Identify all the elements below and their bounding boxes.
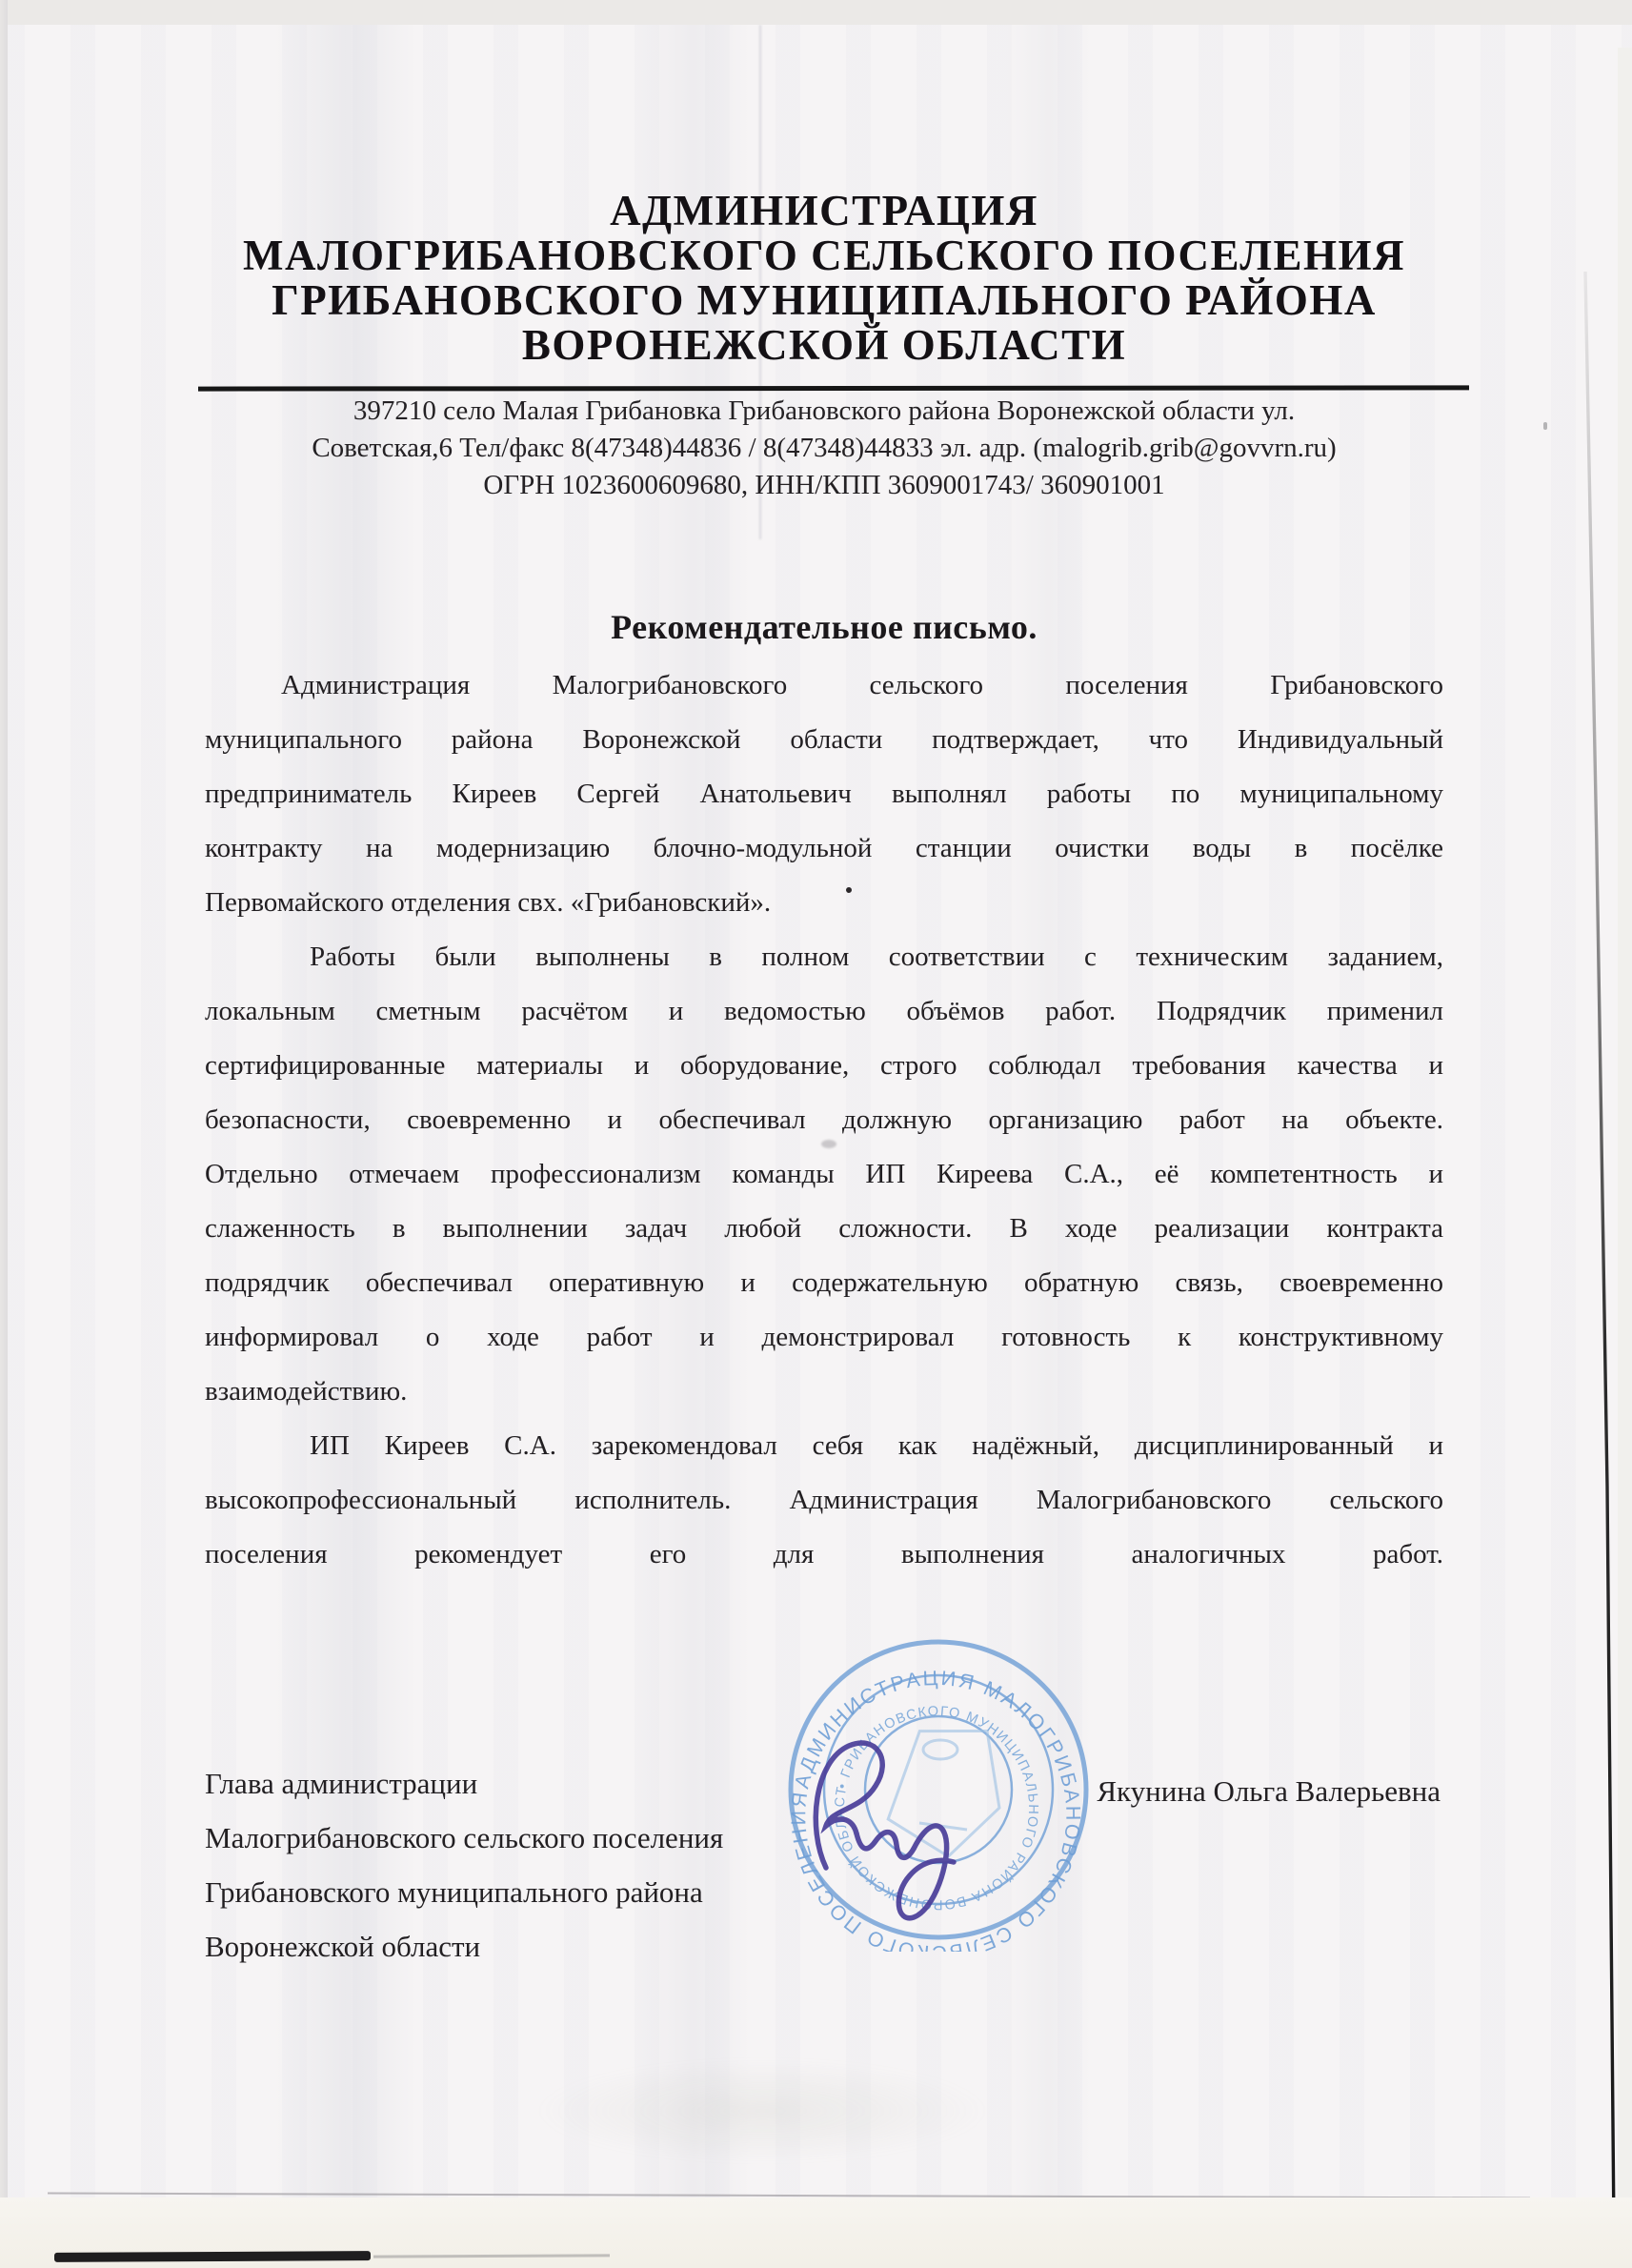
signatory-title-line: Грибановского муниципального района [205,1865,723,1919]
letter-title: Рекомендательное письмо. [133,607,1515,647]
header-rule [198,385,1469,391]
scanner-right-edge [1618,48,1632,2230]
body-line: Отдельно отмечаем профессионализм команд… [205,1147,1443,1202]
body-line: высокопрофессиональный исполнитель. Адми… [205,1473,1443,1528]
org-name-line: ГРИБАНОВСКОГО МУНИЦИПАЛЬНОГО РАЙОНА [133,278,1515,323]
org-name-line: МАЛОГРИБАНОВСКОГО СЕЛЬСКОГО ПОСЕЛЕНИЯ [133,233,1515,278]
signatory-title-block: Глава администрации Малогрибановского се… [205,1756,723,1974]
body-line: муниципального района Воронежской област… [205,713,1443,767]
signatory-title-line: Воронежской области [205,1919,723,1974]
body-line: Работы были выполнены в полном соответст… [205,930,1443,984]
org-name-block: АДМИНИСТРАЦИЯ МАЛОГРИБАНОВСКОГО СЕЛЬСКОГ… [133,189,1515,368]
org-name-line: ВОРОНЕЖСКОЙ ОБЛАСТИ [133,323,1515,368]
signatory-title-line: Малогрибановского сельского поселения [205,1811,723,1865]
body-line: Администрация Малогрибановского сельског… [205,658,1443,713]
body-line: контракту на модернизацию блочно-модульн… [205,821,1443,876]
org-name-line: АДМИНИСТРАЦИЯ [133,189,1515,233]
address-line: Советская,6 Тел/факс 8(47348)44836 / 8(4… [133,430,1515,467]
scan-speck [1543,422,1547,430]
scanner-left-edge [0,0,8,2268]
scanner-top-edge [0,0,1632,25]
body-line: сертифицированные материалы и оборудован… [205,1039,1443,1093]
body-line: ИП Киреев С.А. зарекомендовал себя как н… [205,1419,1443,1473]
signature-ink [776,1628,1100,1952]
bleed-through-ghost [534,2058,991,2163]
address-line: ОГРН 1023600609680, ИНН/КПП 3609001743/ … [133,467,1515,504]
body-line: информировал о ходе работ и демонстриров… [205,1310,1443,1365]
body-line: предприниматель Киреев Сергей Анатольеви… [205,767,1443,821]
body-line: безопасности, своевременно и обеспечивал… [205,1093,1443,1147]
org-address-block: 397210 село Малая Грибановка Грибановско… [133,393,1515,504]
address-line: 397210 село Малая Грибановка Грибановско… [133,393,1515,430]
body-line: взаимодействию. [205,1365,1443,1419]
body-line: Первомайского отделения свх. «Грибановск… [205,876,1443,930]
body-line: локальным сметным расчётом и ведомостью … [205,984,1443,1039]
body-line: слаженность в выполнении задач любой сло… [205,1202,1443,1256]
body-line: поселения рекомендует его для выполнения… [205,1528,1443,1582]
scan-black-bar [54,2251,371,2262]
letter-body: Администрация Малогрибановского сельског… [205,658,1443,1582]
scan-smudge [821,1140,836,1148]
stray-ink-dot [846,887,852,893]
body-line: подрядчик обеспечивал оперативную и соде… [205,1256,1443,1310]
scanned-letter: АДМИНИСТРАЦИЯ МАЛОГРИБАНОВСКОГО СЕЛЬСКОГ… [0,0,1632,2268]
signatory-title-line: Глава администрации [205,1756,723,1811]
